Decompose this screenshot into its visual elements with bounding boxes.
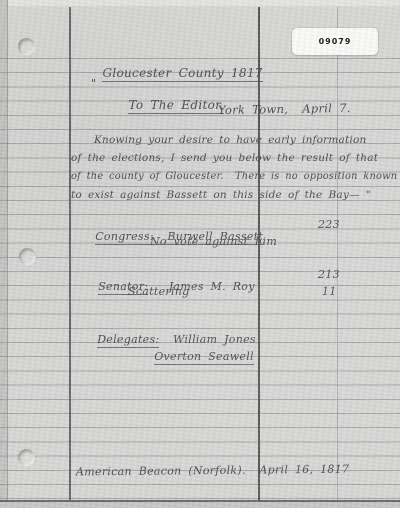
catalog-sticker: 09079 (292, 28, 378, 55)
delegate-name-2-row: Overton Seawell (127, 337, 254, 378)
page-bottom-edge (0, 500, 400, 502)
scattering-label: Scattering (128, 285, 190, 298)
right-faint-column-line (337, 7, 338, 501)
punch-hole-bottom (18, 449, 35, 466)
senator-vote-count: 213 (318, 268, 340, 281)
page-top-edge (0, 0, 400, 6)
punch-hole-middle (19, 248, 36, 265)
body-line-4: to exist against Bassett on this side of… (71, 189, 371, 201)
delegate-name-2: Overton Seawell (154, 350, 254, 365)
dateline: York Town, April 7. (218, 101, 351, 117)
body-line-3: of the county of Gloucester. There is no… (71, 170, 397, 182)
page-bottom-strip (0, 502, 400, 508)
document-title-text: Gloucester County 1817 (102, 66, 262, 82)
congress-vote-count: 223 (318, 218, 340, 231)
body-line-2: of the elections, I send you below the r… (71, 152, 378, 164)
catalog-number: 09079 (319, 37, 352, 46)
congress-note: No vote against him (150, 235, 277, 248)
body-line-1: Knowing your desire to have early inform… (94, 134, 366, 146)
open-quote-mark: " (91, 77, 96, 90)
salutation: To The Editor. (100, 84, 224, 128)
scanned-document-page: 09079 Gloucester County 1817 " To The Ed… (0, 0, 400, 508)
scattering-vote-count: 11 (322, 285, 337, 298)
congress-office-label: Congress: (95, 230, 154, 243)
punch-hole-top (18, 38, 35, 55)
salutation-text: To The Editor. (128, 98, 224, 114)
